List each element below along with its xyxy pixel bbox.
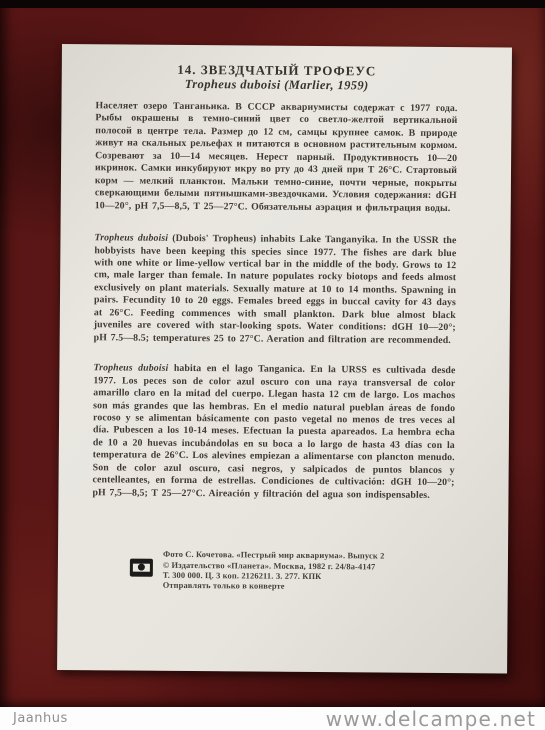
species-name-english: Tropheus duboisi <box>94 232 168 244</box>
paragraph-english-body: (Dubois' Tropheus) inhabits Lake Tangany… <box>94 233 457 346</box>
colophon-text: Фото С. Кочетова. «Пестрый мир аквариума… <box>163 550 385 593</box>
card-subtitle-latin-name: Tropheus duboisi (Marlier, 1959) <box>96 76 458 94</box>
watermark-site: www.delcampe.net <box>326 707 536 730</box>
watermark-seller: Jaanhus <box>13 711 68 726</box>
planeta-publisher-logo-icon <box>130 559 153 577</box>
postcard: 14. ЗВЕЗДЧАТЫЙ ТРОФЕУС Tropheus duboisi … <box>57 44 512 674</box>
species-name-spanish: Tropheus duboisi <box>93 362 168 374</box>
postcard-scan-photo: 14. ЗВЕЗДЧАТЫЙ ТРОФЕУС Tropheus duboisi … <box>0 0 545 730</box>
paragraph-spanish: Tropheus duboisi habita en el lago Tanga… <box>92 362 455 502</box>
paragraph-english: Tropheus duboisi (Dubois' Tropheus) inha… <box>94 232 457 347</box>
top-black-edge <box>0 0 545 8</box>
colophon-mailing-note: Отправлять только в конверте <box>163 581 385 593</box>
colophon: Фото С. Кочетова. «Пестрый мир аквариума… <box>92 549 454 593</box>
paragraph-russian: Населяет озеро Танганьика. В СССР аквари… <box>95 100 458 215</box>
watermark-strip: Jaanhus www.delcampe.net <box>0 707 545 730</box>
paragraph-spanish-body: habita en el lago Tanganica. En la URSS … <box>92 363 455 501</box>
